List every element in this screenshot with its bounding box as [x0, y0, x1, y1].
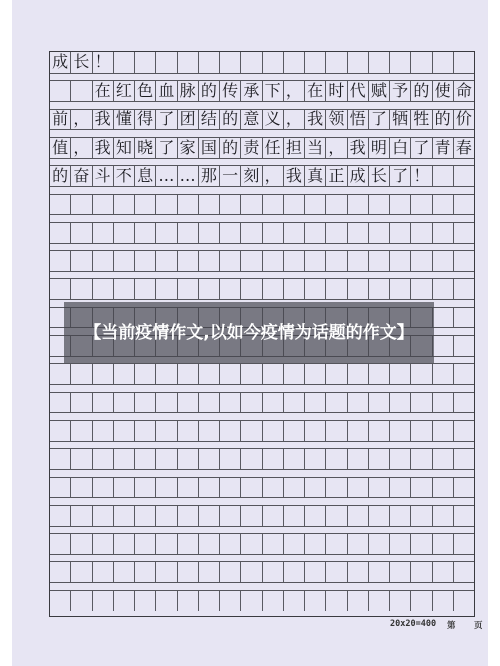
overlay-title: 【当前疫情作文,以如今疫情为话题的作文】	[79, 321, 419, 345]
grid-cell	[178, 393, 199, 413]
grid-cell	[369, 534, 390, 554]
grid-cell	[50, 421, 71, 441]
grid-cell: 承	[241, 81, 262, 101]
grid-cell: 了	[369, 110, 390, 130]
grid-cell: 的	[50, 166, 71, 186]
grid-cell	[454, 449, 474, 469]
grid-cell: 明	[369, 138, 390, 158]
grid-cell: 意	[241, 110, 262, 130]
grid-cell	[390, 534, 411, 554]
grid-cell: 悟	[348, 110, 369, 130]
grid-cell	[50, 393, 71, 413]
grid-cell	[454, 364, 474, 384]
grid-cell	[199, 506, 220, 526]
grid-cell: 价	[454, 110, 474, 130]
grid-cell	[433, 279, 454, 299]
grid-cell	[241, 223, 262, 243]
grid-cell	[305, 506, 326, 526]
grid-cell	[284, 478, 305, 498]
grid-cell	[178, 449, 199, 469]
grid-cell	[199, 279, 220, 299]
grid-cell: 斗	[93, 166, 114, 186]
grid-cell: 长	[369, 166, 390, 186]
grid-cell	[326, 421, 347, 441]
grid-cell: 长	[71, 52, 92, 73]
grid-cell	[454, 195, 474, 215]
grid-cell	[241, 562, 262, 582]
grid-cell: 赋	[369, 81, 390, 101]
grid-cell	[433, 223, 454, 243]
grid-cell: 予	[390, 81, 411, 101]
grid-cell	[433, 534, 454, 554]
grid-cell	[93, 195, 114, 215]
grid-cell	[305, 449, 326, 469]
grid-cell: 任	[263, 138, 284, 158]
grid-cell: 刻	[241, 166, 262, 186]
grid-cell: 了	[156, 138, 177, 158]
grid-row	[50, 278, 474, 300]
grid-cell	[50, 364, 71, 384]
grid-cell	[178, 506, 199, 526]
grid-row: 成长！	[50, 52, 474, 74]
grid-cell	[114, 251, 135, 271]
grid-cell	[433, 591, 454, 612]
grid-cell	[433, 336, 454, 356]
grid-cell	[135, 534, 156, 554]
grid-cell	[178, 364, 199, 384]
grid-cell	[284, 421, 305, 441]
grid-cell: 领	[326, 110, 347, 130]
grid-cell	[114, 421, 135, 441]
grid-cell	[241, 279, 262, 299]
grid-cell	[433, 364, 454, 384]
grid-cell	[284, 393, 305, 413]
grid-cell	[390, 506, 411, 526]
grid-cell	[348, 421, 369, 441]
grid-cell	[433, 195, 454, 215]
grid-cell: …	[156, 166, 177, 186]
grid-cell	[241, 251, 262, 271]
grid-cell: 一	[220, 166, 241, 186]
grid-cell	[326, 223, 347, 243]
grid-cell	[199, 478, 220, 498]
grid-cell	[71, 195, 92, 215]
grid-cell	[433, 421, 454, 441]
grid-cell: ，	[71, 110, 92, 130]
grid-cell	[114, 364, 135, 384]
grid-cell	[411, 223, 432, 243]
grid-cell	[93, 223, 114, 243]
grid-cell	[114, 449, 135, 469]
grid-cell: ，	[284, 81, 305, 101]
grid-cell: 了	[411, 138, 432, 158]
grid-cell	[433, 506, 454, 526]
grid-cell	[220, 591, 241, 612]
grid-cell	[454, 308, 474, 328]
title-overlay-banner: 【当前疫情作文,以如今疫情为话题的作文】	[64, 302, 434, 363]
grid-cell	[390, 52, 411, 73]
grid-cell: ！	[411, 166, 432, 186]
grid-cell: 正	[326, 166, 347, 186]
grid-cell: 国	[199, 138, 220, 158]
grid-cell	[93, 251, 114, 271]
grid-cell	[326, 534, 347, 554]
grid-row: 在红色血脉的传承下，在时代赋予的使命	[50, 80, 474, 102]
grid-cell	[241, 506, 262, 526]
grid-cell	[156, 52, 177, 73]
grid-cell	[199, 364, 220, 384]
grid-cell: 晓	[135, 138, 156, 158]
grid-cell	[114, 591, 135, 612]
grid-cell	[284, 534, 305, 554]
grid-cell: 牲	[411, 110, 432, 130]
grid-cell: 使	[433, 81, 454, 101]
grid-row: 前，我懂得了团结的意义，我领悟了牺牲的价	[50, 109, 474, 131]
grid-cell: 懂	[114, 110, 135, 130]
grid-cell	[411, 534, 432, 554]
grid-cell	[199, 421, 220, 441]
grid-row	[50, 363, 474, 385]
grid-cell: 了	[390, 166, 411, 186]
grid-cell	[433, 251, 454, 271]
grid-cell	[220, 506, 241, 526]
grid-cell: 责	[241, 138, 262, 158]
grid-cell	[305, 421, 326, 441]
grid-cell	[411, 279, 432, 299]
grid-cell	[199, 223, 220, 243]
grid-cell	[50, 591, 71, 612]
grid-cell	[369, 591, 390, 612]
grid-cell	[50, 223, 71, 243]
grid-cell	[433, 52, 454, 73]
grid-cell	[135, 393, 156, 413]
grid-cell: 我	[93, 110, 114, 130]
grid-cell	[326, 251, 347, 271]
grid-cell	[454, 478, 474, 498]
grid-cell	[241, 534, 262, 554]
grid-row	[50, 477, 474, 499]
grid-cell	[454, 506, 474, 526]
grid-cell	[156, 223, 177, 243]
grid-cell	[454, 223, 474, 243]
grid-cell: 色	[135, 81, 156, 101]
grid-cell	[305, 195, 326, 215]
grid-cell	[348, 195, 369, 215]
grid-cell	[454, 251, 474, 271]
grid-row	[50, 505, 474, 527]
grid-cell: 下	[263, 81, 284, 101]
grid-cell: 牺	[390, 110, 411, 130]
grid-cell	[433, 449, 454, 469]
grid-cell	[348, 562, 369, 582]
grid-cell	[241, 591, 262, 612]
grid-cell	[71, 223, 92, 243]
grid-cell	[220, 251, 241, 271]
grid-cell	[305, 534, 326, 554]
grid-cell	[114, 52, 135, 73]
grid-cell	[156, 449, 177, 469]
grid-cell	[390, 449, 411, 469]
grid-row	[50, 420, 474, 442]
grid-size-label: 20x20=400	[390, 619, 436, 629]
grid-cell	[220, 364, 241, 384]
grid-cell	[411, 364, 432, 384]
grid-cell: 息	[135, 166, 156, 186]
grid-cell	[93, 506, 114, 526]
grid-cell: 的	[199, 81, 220, 101]
grid-cell: 那	[199, 166, 220, 186]
grid-row	[50, 250, 474, 272]
grid-cell	[93, 562, 114, 582]
grid-cell	[305, 251, 326, 271]
grid-cell	[114, 562, 135, 582]
grid-cell	[93, 364, 114, 384]
grid-cell	[135, 506, 156, 526]
grid-cell	[348, 279, 369, 299]
grid-cell	[114, 195, 135, 215]
grid-cell	[241, 195, 262, 215]
grid-cell	[263, 223, 284, 243]
grid-cell	[178, 251, 199, 271]
grid-cell	[263, 195, 284, 215]
grid-cell	[326, 449, 347, 469]
grid-cell	[199, 251, 220, 271]
grid-cell	[390, 562, 411, 582]
grid-cell: 在	[305, 81, 326, 101]
grid-cell	[220, 52, 241, 73]
grid-cell	[178, 478, 199, 498]
grid-cell	[369, 421, 390, 441]
grid-cell: 知	[114, 138, 135, 158]
grid-cell	[348, 591, 369, 612]
grid-cell: 当	[305, 138, 326, 158]
grid-cell: 不	[114, 166, 135, 186]
grid-cell: 春	[454, 138, 474, 158]
grid-cell	[220, 393, 241, 413]
grid-cell	[369, 251, 390, 271]
grid-cell	[50, 562, 71, 582]
grid-cell	[50, 195, 71, 215]
grid-cell	[135, 223, 156, 243]
grid-cell	[93, 534, 114, 554]
grid-cell	[263, 449, 284, 469]
grid-cell	[241, 52, 262, 73]
grid-cell	[135, 52, 156, 73]
grid-cell	[305, 591, 326, 612]
grid-cell	[178, 223, 199, 243]
grid-cell	[326, 279, 347, 299]
grid-cell: 血	[156, 81, 177, 101]
grid-cell	[220, 534, 241, 554]
grid-cell	[178, 562, 199, 582]
grid-row	[50, 222, 474, 244]
grid-cell	[199, 393, 220, 413]
grid-cell	[135, 421, 156, 441]
grid-cell	[454, 336, 474, 356]
grid-cell: 传	[220, 81, 241, 101]
grid-cell	[263, 562, 284, 582]
grid-cell	[178, 591, 199, 612]
grid-cell	[411, 506, 432, 526]
grid-cell	[263, 506, 284, 526]
grid-cell	[454, 562, 474, 582]
grid-cell	[433, 166, 454, 186]
grid-cell	[284, 506, 305, 526]
grid-cell: 担	[284, 138, 305, 158]
grid-cell	[263, 591, 284, 612]
grid-cell	[241, 478, 262, 498]
grid-cell	[454, 279, 474, 299]
grid-cell: 的	[411, 81, 432, 101]
grid-cell	[433, 393, 454, 413]
grid-cell	[263, 421, 284, 441]
grid-cell	[284, 195, 305, 215]
grid-cell	[135, 478, 156, 498]
grid-cell: 我	[284, 166, 305, 186]
grid-cell	[390, 223, 411, 243]
grid-cell	[156, 279, 177, 299]
grid-cell	[326, 478, 347, 498]
grid-cell	[305, 562, 326, 582]
grid-cell	[178, 421, 199, 441]
grid-cell	[178, 195, 199, 215]
grid-cell	[199, 591, 220, 612]
grid-cell	[305, 52, 326, 73]
grid-cell	[71, 364, 92, 384]
grid-cell	[326, 591, 347, 612]
grid-cell	[135, 195, 156, 215]
grid-cell	[263, 279, 284, 299]
grid-cell	[390, 421, 411, 441]
grid-cell	[114, 478, 135, 498]
grid-cell	[156, 195, 177, 215]
grid-cell	[326, 562, 347, 582]
grid-cell	[326, 364, 347, 384]
grid-cell	[348, 449, 369, 469]
grid-cell	[135, 591, 156, 612]
grid-cell	[348, 52, 369, 73]
grid-cell: 家	[178, 138, 199, 158]
grid-cell	[369, 364, 390, 384]
grid-cell	[220, 478, 241, 498]
grid-cell	[220, 223, 241, 243]
grid-cell: 义	[263, 110, 284, 130]
grid-cell	[135, 562, 156, 582]
grid-cell	[369, 52, 390, 73]
grid-cell	[156, 562, 177, 582]
grid-cell	[326, 393, 347, 413]
grid-cell	[348, 251, 369, 271]
grid-cell: 的	[220, 138, 241, 158]
grid-cell	[454, 393, 474, 413]
grid-cell	[263, 478, 284, 498]
grid-cell	[284, 364, 305, 384]
grid-cell	[241, 364, 262, 384]
grid-cell	[178, 534, 199, 554]
grid-cell	[284, 449, 305, 469]
grid-cell	[411, 251, 432, 271]
grid-cell	[369, 478, 390, 498]
grid-row: 的奋斗不息……那一刻，我真正成长了！	[50, 165, 474, 187]
grid-cell	[369, 223, 390, 243]
grid-cell: ，	[71, 138, 92, 158]
grid-cell	[156, 534, 177, 554]
grid-cell	[433, 562, 454, 582]
grid-cell	[71, 251, 92, 271]
grid-cell: 值	[50, 138, 71, 158]
grid-cell	[284, 562, 305, 582]
grid-cell	[50, 478, 71, 498]
grid-cell	[71, 393, 92, 413]
grid-cell	[390, 279, 411, 299]
grid-cell	[411, 393, 432, 413]
grid-row	[50, 392, 474, 414]
grid-cell	[156, 393, 177, 413]
grid-cell	[454, 166, 474, 186]
grid-cell	[390, 478, 411, 498]
grid-cell	[93, 478, 114, 498]
grid-cell	[71, 478, 92, 498]
grid-cell	[220, 279, 241, 299]
grid-cell: 时	[326, 81, 347, 101]
grid-cell: 成	[348, 166, 369, 186]
grid-cell	[305, 223, 326, 243]
grid-cell	[305, 279, 326, 299]
grid-row	[50, 561, 474, 583]
grid-cell: 结	[199, 110, 220, 130]
grid-cell	[348, 478, 369, 498]
grid-cell	[178, 279, 199, 299]
grid-cell	[93, 591, 114, 612]
grid-cell	[50, 279, 71, 299]
grid-cell	[348, 534, 369, 554]
grid-cell	[220, 562, 241, 582]
grid-cell	[156, 251, 177, 271]
grid-cell: 白	[390, 138, 411, 158]
grid-cell	[241, 449, 262, 469]
grid-cell	[199, 534, 220, 554]
grid-cell	[135, 449, 156, 469]
page-label-suffix: 页	[474, 619, 483, 631]
grid-cell: 在	[93, 81, 114, 101]
grid-cell	[305, 478, 326, 498]
grid-cell	[241, 393, 262, 413]
grid-cell: ，	[326, 138, 347, 158]
grid-cell: 我	[93, 138, 114, 158]
grid-cell	[411, 478, 432, 498]
grid-cell	[156, 506, 177, 526]
grid-cell	[411, 421, 432, 441]
grid-cell	[114, 393, 135, 413]
grid-cell	[93, 421, 114, 441]
grid-cell: 前	[50, 110, 71, 130]
grid-cell	[71, 81, 92, 101]
grid-cell	[71, 421, 92, 441]
grid-cell	[135, 251, 156, 271]
grid-cell: 团	[178, 110, 199, 130]
grid-cell	[433, 308, 454, 328]
grid-cell	[369, 449, 390, 469]
grid-cell: 的	[220, 110, 241, 130]
grid-cell: 真	[305, 166, 326, 186]
grid-cell: 成	[50, 52, 71, 73]
grid-cell	[369, 195, 390, 215]
grid-cell	[50, 449, 71, 469]
page-footer: 20x20=400 第 页	[390, 619, 480, 633]
grid-cell: 脉	[178, 81, 199, 101]
grid-cell	[411, 195, 432, 215]
page-label-prefix: 第	[447, 619, 456, 631]
